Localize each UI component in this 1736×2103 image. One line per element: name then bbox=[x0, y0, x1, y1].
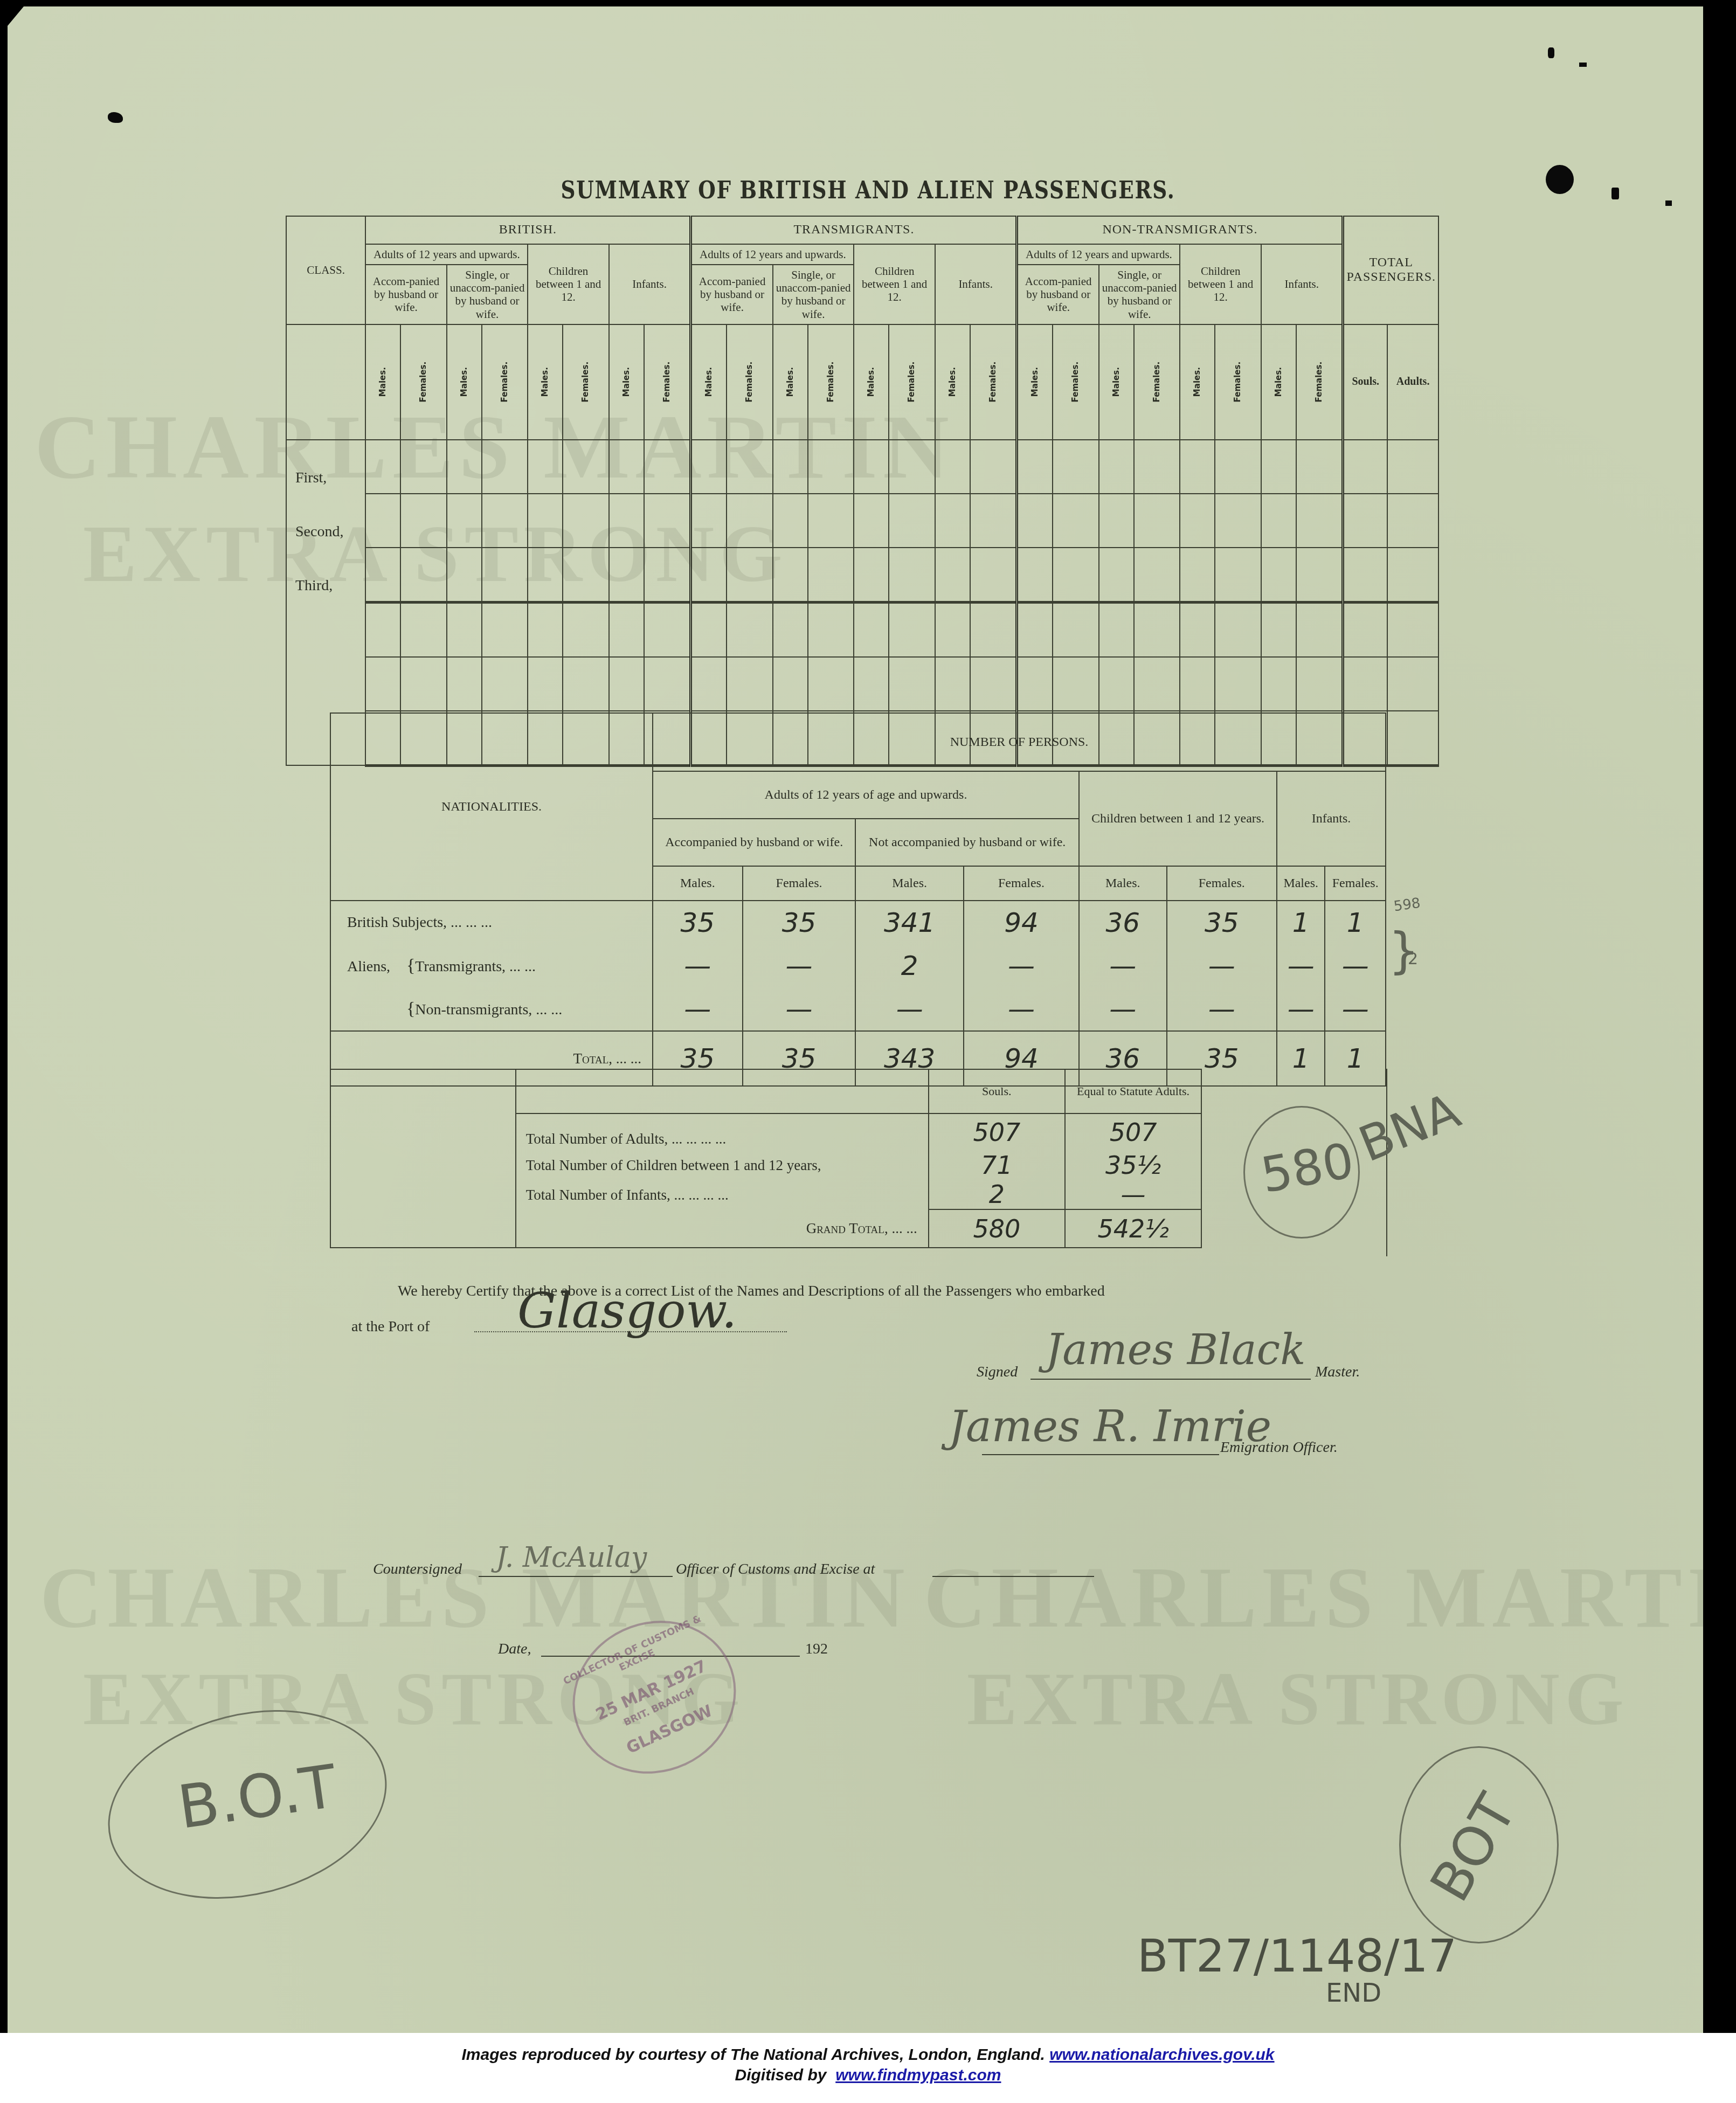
class-first: First, bbox=[295, 451, 365, 505]
children-header: Children between 1 and 12. bbox=[854, 244, 935, 324]
cell: — bbox=[743, 944, 856, 987]
cell: 36 bbox=[1079, 901, 1167, 944]
group-british: BRITISH. bbox=[365, 216, 691, 244]
males-label: Males. bbox=[1274, 367, 1283, 397]
watermark-text: CHARLES MARTIN bbox=[924, 1548, 1736, 1648]
totals-blank-left bbox=[330, 1069, 516, 1248]
males-label: Males. bbox=[1079, 866, 1167, 901]
row-label-transmigrants: Transmigrants, ... ... bbox=[415, 958, 536, 975]
grand-total-statute: 542½ bbox=[1065, 1209, 1201, 1248]
females-label: Females. bbox=[581, 362, 590, 403]
certification-text: We hereby Certify that the above is a co… bbox=[398, 1283, 1105, 1300]
number-of-persons-header: NUMBER OF PERSONS. bbox=[653, 713, 1386, 771]
cell: — bbox=[1079, 944, 1167, 987]
master-signature-line bbox=[1030, 1379, 1311, 1380]
females-label: Females. bbox=[743, 866, 856, 901]
totals-table: Souls. Equal to Statute Adults. Total Nu… bbox=[330, 1069, 1386, 1248]
females-label: Females. bbox=[908, 362, 917, 403]
punch-hole bbox=[1611, 188, 1619, 199]
class-spacer bbox=[286, 324, 365, 440]
souls-label: Souls. bbox=[1343, 324, 1387, 440]
port-label: at the Port of bbox=[351, 1318, 430, 1336]
males-label: Males. bbox=[1112, 367, 1121, 397]
males-label: Males. bbox=[855, 866, 964, 901]
class-header: CLASS. bbox=[286, 216, 365, 324]
statute-infants: — bbox=[1065, 1180, 1201, 1209]
females-label: Females. bbox=[745, 362, 754, 403]
accompanied-header: Accompanied by husband or wife. bbox=[653, 819, 855, 866]
aliens-label: Aliens, bbox=[347, 958, 406, 976]
cell: 94 bbox=[964, 901, 1079, 944]
row-label-british: British Subjects, ... ... ... bbox=[330, 901, 653, 944]
signed-label: Signed bbox=[977, 1364, 1018, 1381]
grand-total-label: Grand Total, ... ... bbox=[516, 1209, 929, 1248]
group-non-transmigrants: NON-TRANSMIGRANTS. bbox=[1017, 216, 1343, 244]
adults-header: Adults of 12 years of age and upwards. bbox=[653, 771, 1079, 819]
cell: — bbox=[1167, 944, 1277, 987]
cell: 1 bbox=[1325, 901, 1386, 944]
adults-header: Adults of 12 years and upwards. bbox=[365, 244, 528, 265]
table-row: British Subjects, ... ... ... 35 35 341 … bbox=[330, 901, 1386, 944]
customs-label: Officer of Customs and Excise at bbox=[676, 1561, 875, 1578]
total-passengers-header: TOTAL PASSENGERS. bbox=[1343, 216, 1438, 324]
nationalities-header: NATIONALITIES. bbox=[330, 713, 653, 901]
cell: — bbox=[855, 987, 964, 1031]
children-header: Children between 1 and 12. bbox=[528, 244, 609, 324]
adults-header: Adults of 12 years and upwards. bbox=[1017, 244, 1180, 265]
males-label: Males. bbox=[541, 367, 550, 397]
males-label: Males. bbox=[1277, 866, 1325, 901]
not-accompanied-header: Not accompanied by husband or wife. bbox=[855, 819, 1079, 866]
females-label: Females. bbox=[1315, 362, 1324, 403]
countersigned-signature: J. McAulay bbox=[496, 1541, 647, 1574]
children-header: Children between 1 and 12. bbox=[1180, 244, 1261, 324]
page-title: SUMMARY OF BRITISH AND ALIEN PASSENGERS. bbox=[130, 177, 1606, 204]
countersigned-line bbox=[479, 1576, 673, 1577]
infants-header: Infants. bbox=[1277, 771, 1386, 866]
males-label: Males. bbox=[622, 367, 631, 397]
customs-line bbox=[932, 1576, 1094, 1577]
row-label-non-transmigrants: Non-transmigrants, ... ... bbox=[415, 1001, 562, 1018]
punch-hole bbox=[1579, 63, 1587, 67]
punch-hole bbox=[1665, 200, 1672, 206]
accompanied-header: Accom-panied by husband or wife. bbox=[691, 265, 773, 324]
cell: 35 bbox=[743, 901, 856, 944]
class-third: Third, bbox=[295, 559, 365, 613]
females-label: Females. bbox=[1152, 362, 1161, 403]
watermark-text: EXTRA STRONG bbox=[967, 1656, 1629, 1742]
row-label-children: Total Number of Children between 1 and 1… bbox=[516, 1151, 929, 1180]
master-signature: James Black bbox=[1046, 1326, 1305, 1374]
master-label: Master. bbox=[1315, 1364, 1360, 1381]
females-label: Females. bbox=[1234, 362, 1243, 403]
females-label: Females. bbox=[419, 362, 428, 403]
row-label-adults: Total Number of Adults, ... ... ... ... bbox=[516, 1113, 929, 1151]
single-header: Single, or unaccom-panied by husband or … bbox=[447, 265, 528, 324]
end-note: END bbox=[1326, 1978, 1381, 2008]
table-row: Aliens,{Transmigrants, ... ... — — 2 — —… bbox=[330, 944, 1386, 987]
accompanied-header: Accom-panied by husband or wife. bbox=[1017, 265, 1099, 324]
group-transmigrants: TRANSMIGRANTS. bbox=[691, 216, 1017, 244]
adults-label: Adults. bbox=[1387, 324, 1438, 440]
countersigned-label: Countersigned bbox=[373, 1561, 462, 1578]
children-header: Children between 1 and 12 years. bbox=[1079, 771, 1277, 866]
females-label: Females. bbox=[1325, 866, 1386, 901]
reference-number: BT27/1148/17 bbox=[1137, 1929, 1457, 1982]
infants-header: Infants. bbox=[609, 244, 691, 324]
adults-header: Adults of 12 years and upwards. bbox=[691, 244, 854, 265]
souls-header: Souls. bbox=[929, 1069, 1065, 1113]
single-header: Single, or unaccom-panied by husband or … bbox=[1099, 265, 1180, 324]
males-label: Males. bbox=[786, 367, 795, 397]
cell: — bbox=[653, 944, 743, 987]
statute-adults: 507 bbox=[1065, 1113, 1201, 1151]
class-second: Second, bbox=[295, 505, 365, 559]
footer-digitised: Digitised by bbox=[735, 2066, 827, 2084]
cell: 35 bbox=[1167, 901, 1277, 944]
cell: — bbox=[1277, 987, 1325, 1031]
males-label: Males. bbox=[1193, 367, 1202, 397]
females-label: Females. bbox=[826, 362, 835, 403]
males-label: Males. bbox=[378, 367, 388, 397]
officer-label: Emigration Officer. bbox=[1220, 1439, 1338, 1456]
cell: 35 bbox=[653, 901, 743, 944]
males-label: Males. bbox=[1030, 367, 1040, 397]
grand-total-souls: 580 bbox=[929, 1209, 1065, 1248]
souls-infants: 2 bbox=[929, 1180, 1065, 1209]
cell: 2 bbox=[855, 944, 964, 987]
cell: — bbox=[1325, 987, 1386, 1031]
cell: — bbox=[964, 944, 1079, 987]
males-label: Males. bbox=[704, 367, 714, 397]
single-header: Single, or unaccom-panied by husband or … bbox=[773, 265, 854, 324]
males-label: Males. bbox=[867, 367, 876, 397]
cell: — bbox=[1325, 944, 1386, 987]
punch-hole bbox=[1548, 47, 1554, 58]
souls-children: 71 bbox=[929, 1151, 1065, 1180]
females-label: Females. bbox=[662, 362, 672, 403]
row-label-infants: Total Number of Infants, ... ... ... ... bbox=[516, 1180, 929, 1209]
males-label: Males. bbox=[460, 367, 469, 397]
cell: 341 bbox=[855, 901, 964, 944]
cell: — bbox=[964, 987, 1079, 1031]
margin-note-2: 2 bbox=[1408, 950, 1418, 969]
national-archives-link[interactable]: www.nationalarchives.gov.uk bbox=[1049, 2046, 1274, 2064]
punch-hole bbox=[108, 112, 123, 123]
accompanied-header: Accom-panied by husband or wife. bbox=[365, 265, 447, 324]
cell: — bbox=[743, 987, 856, 1031]
port-value: Glasgow. bbox=[517, 1283, 737, 1339]
archive-footer: Images reproduced by courtesy of The Nat… bbox=[0, 2033, 1736, 2103]
males-label: Males. bbox=[948, 367, 957, 397]
date-suffix: 192 bbox=[805, 1641, 828, 1658]
table-row: {Non-transmigrants, ... ... — — — — — — … bbox=[330, 987, 1386, 1031]
females-label: Females. bbox=[964, 866, 1079, 901]
cell: — bbox=[1079, 987, 1167, 1031]
cell: — bbox=[1167, 987, 1277, 1031]
footer-credit: Images reproduced by courtesy of The Nat… bbox=[461, 2046, 1045, 2064]
findmypast-link[interactable]: www.findmypast.com bbox=[835, 2066, 1001, 2084]
infants-header: Infants. bbox=[1261, 244, 1343, 324]
cell: — bbox=[1277, 944, 1325, 987]
officer-signature-line bbox=[982, 1454, 1219, 1455]
cell: 1 bbox=[1277, 901, 1325, 944]
cell: — bbox=[653, 987, 743, 1031]
females-label: Females. bbox=[1167, 866, 1277, 901]
statute-children: 35½ bbox=[1065, 1151, 1201, 1180]
males-label: Males. bbox=[653, 866, 743, 901]
summary-table: CLASS. BRITISH. TRANSMIGRANTS. NON-TRANS… bbox=[286, 216, 1439, 767]
date-label: Date, bbox=[498, 1641, 531, 1658]
females-label: Females. bbox=[500, 362, 509, 403]
females-label: Females. bbox=[1071, 362, 1081, 403]
females-label: Females. bbox=[988, 362, 998, 403]
infants-header: Infants. bbox=[935, 244, 1017, 324]
souls-adults: 507 bbox=[929, 1113, 1065, 1151]
nationalities-table: NATIONALITIES. NUMBER OF PERSONS. Adults… bbox=[330, 712, 1386, 1087]
statute-adults-header: Equal to Statute Adults. bbox=[1065, 1069, 1201, 1113]
